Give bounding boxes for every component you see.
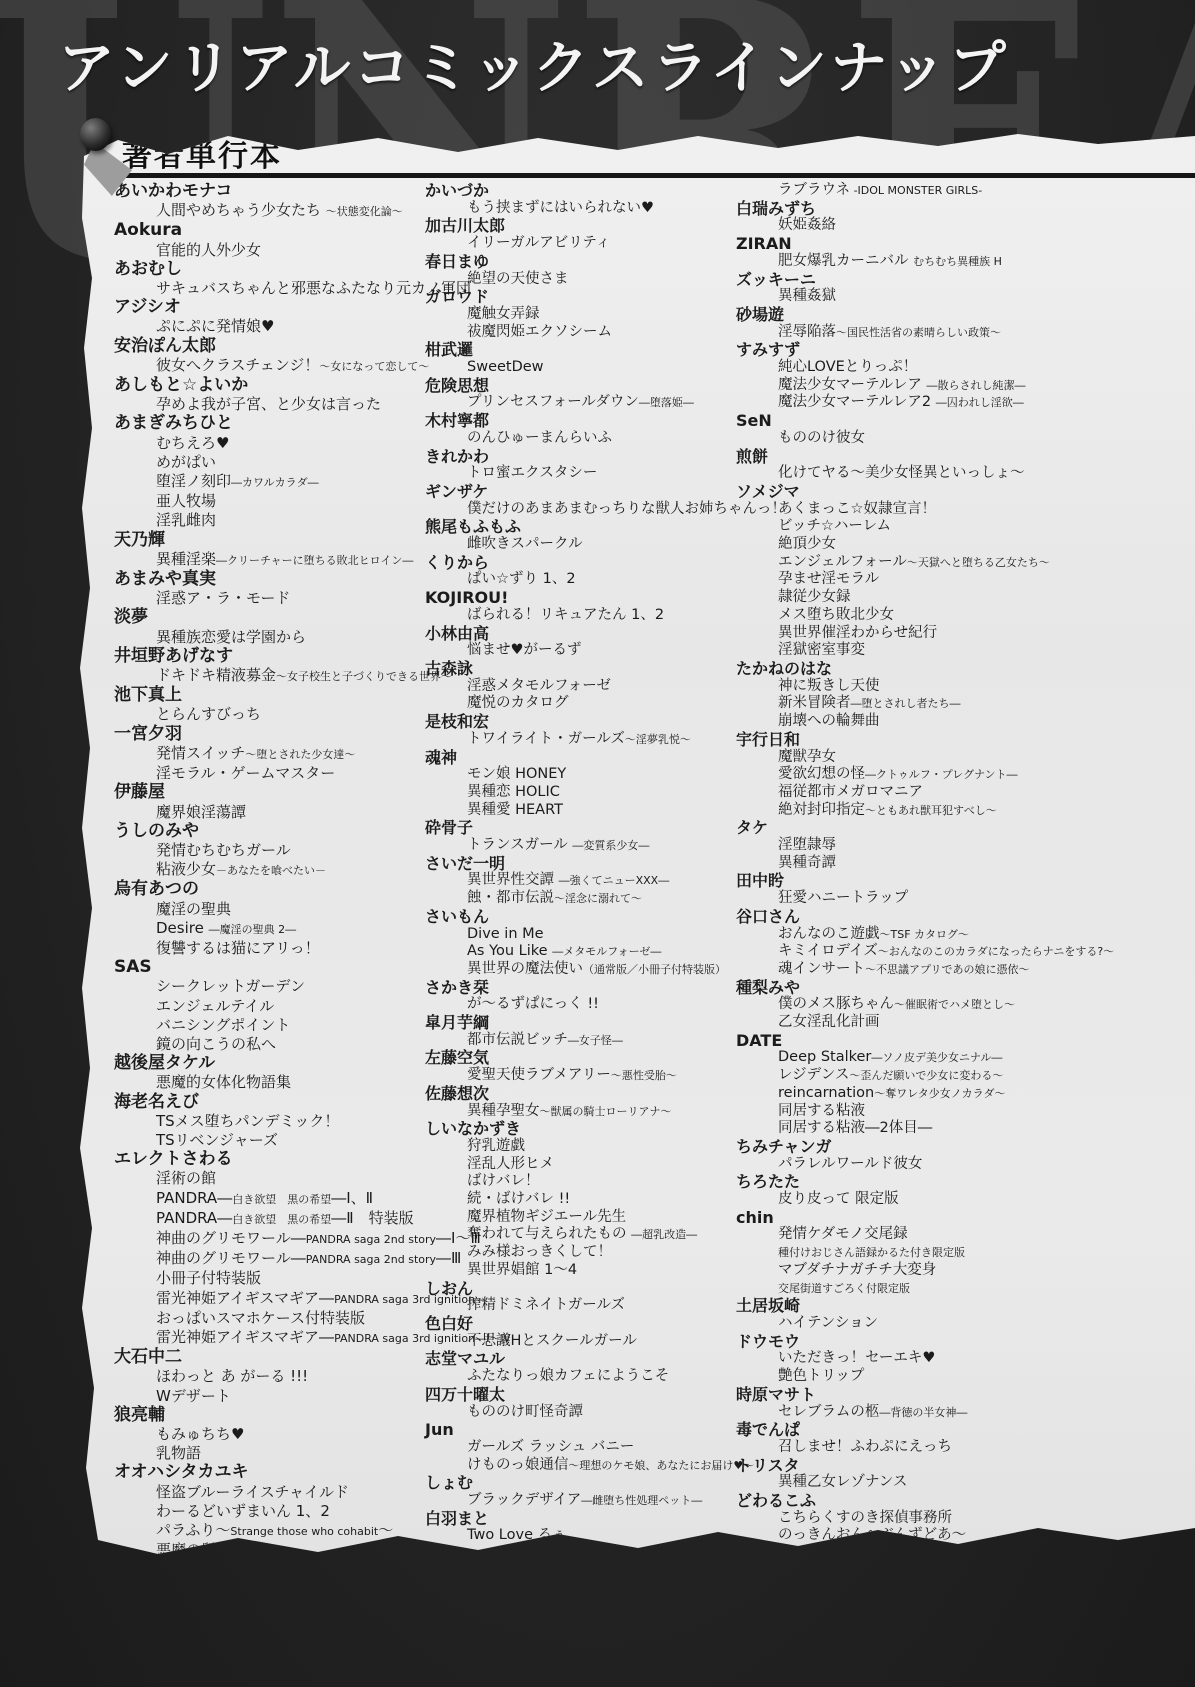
author-name: あいかわモナコ xyxy=(114,182,424,201)
book-title: 魔悦のカタログ xyxy=(425,695,731,713)
book-title: けものっ娘通信～理想のケモ娘、あなたにお届け♥～ xyxy=(425,1457,731,1475)
book-title: 純心LOVEとりっぷ！ xyxy=(736,359,1070,377)
author-entry: SeNもののけ彼女 xyxy=(736,412,1070,447)
book-title: 異世界性交譚 ―強くてニューXXX― xyxy=(425,872,731,890)
book-title: 人間やめちゃう少女たち ～状態変化論～ xyxy=(114,201,424,221)
author-entry: 皐月芋綱都市伝説ビッチ―女子怪― xyxy=(425,1014,731,1049)
book-title: 異種姦獄 xyxy=(736,288,1070,306)
book-title: ばられる！リキュアたん 1、2 xyxy=(425,607,731,625)
author-name: 加古川太郎 xyxy=(425,217,731,235)
author-entry: 砕骨子トランスガール ―変質系少女― xyxy=(425,819,731,854)
book-title: 都市伝説ビッチ―女子怪― xyxy=(425,1032,731,1050)
author-entry: 太平さんせっと乳感スクイーズ！ぷるるんぷりんぐ搾々みーとぱいハメこみ！ ―壁穴つ… xyxy=(114,1560,424,1657)
author-entry: あおむしサキュバスちゃんと邪悪なふたなり元カノ軍団 xyxy=(114,260,424,298)
book-title: ビッチ☆ハーレム xyxy=(736,518,1070,536)
author-name: 春日まゆ xyxy=(425,253,731,271)
author-name: オオハシタカユキ xyxy=(114,1463,424,1482)
book-title: reincarnation～奪ワレタ少女ノカラダ～ xyxy=(736,1085,1070,1103)
author-entry: 井垣野あげなすドキドキ精液募金～女子校生と子づくりできる世界～ xyxy=(114,647,424,686)
book-title: 蝕・都市伝説～淫念に溺れて～ xyxy=(425,890,731,908)
author-entry: さいだ一明異世界性交譚 ―強くてニューXXX―蝕・都市伝説～淫念に溺れて～ xyxy=(425,855,731,908)
author-name: 白羽まと xyxy=(425,1510,731,1528)
author-entry: 海老名えびTSメス堕ちパンデミック！TSリベンジャーズ xyxy=(114,1093,424,1151)
book-title: 堕淫ノ刻印―カワルカラダ― xyxy=(114,472,424,492)
author-name: 柑武邏 xyxy=(425,341,731,359)
author-name: あしもと☆よいか xyxy=(114,376,424,395)
author-list-column-2: かいづかもう挟まずにはいられない♥加古川太郎イリーガルアビリティ春日まゆ絶望の天… xyxy=(425,182,731,1545)
author-entry: 種梨みや僕のメス豚ちゃん～催眠術でハメ堕とし～乙女淫乱化計画 xyxy=(736,979,1070,1032)
book-title: 肥女爆乳カーニバル むちむち異種族 H xyxy=(736,253,1070,271)
author-entry: あしもと☆よいか孕めよ我が子宮、と少女は言った xyxy=(114,376,424,414)
book-title: おっぱいスマホケース付特装版 xyxy=(114,1309,424,1328)
author-entry: あいかわモナコ人間やめちゃう少女たち ～状態変化論～ xyxy=(114,182,424,221)
author-entry: 土居坂崎ハイテンション xyxy=(736,1297,1070,1332)
book-title: 艶色トリップ xyxy=(736,1368,1070,1386)
author-name: 熊尾もふもふ xyxy=(425,518,731,536)
book-title: 雌吹きスパークル xyxy=(425,536,731,554)
book-title: 彼女へクラスチェンジ！～女になって恋して～ xyxy=(114,356,424,376)
book-title: 妖姫姦絡 xyxy=(736,217,1070,235)
author-entry: 左藤空気愛聖天使ラブメアリー～悪性受胎～ xyxy=(425,1049,731,1084)
book-title: パラレルワールド彼女 xyxy=(736,1156,1070,1174)
book-title: 魔法少女マーテルレア2 ―囚われし淫欲― xyxy=(736,394,1070,412)
author-name: トリスタ xyxy=(736,1457,1070,1475)
book-title: わーるどいずまいん 1、2 xyxy=(114,1502,424,1521)
author-name: 井垣野あげなす xyxy=(114,647,424,666)
book-title: もう挟まずにはいられない♥ xyxy=(425,200,731,218)
author-entry: ラブラウネ -IDOL MONSTER GIRLS- xyxy=(736,182,1070,200)
book-title: 狂愛ハニートラップ xyxy=(736,890,1070,908)
book-title: 異世界の魔法使い（通常版／小冊子付特装版） xyxy=(425,961,731,979)
book-title: 崩壊への輪舞曲 xyxy=(736,713,1070,731)
author-entry: さいもんDive in MeAs You Like ―メタモルフォーゼ―異世界の… xyxy=(425,908,731,979)
author-entry: KOJIROU!ばられる！リキュアたん 1、2 xyxy=(425,589,731,624)
book-title: 淫辱陥落～国民性活省の素晴らしい政策～ xyxy=(736,324,1070,342)
author-name: エレクトさわる xyxy=(114,1150,424,1169)
author-entry: 危険思想プリンセスフォールダウン―堕落姫― xyxy=(425,377,731,412)
book-title: 鏡の向こうの私へ xyxy=(114,1035,424,1054)
author-entry: 淡夢異種族恋愛は学園から xyxy=(114,608,424,646)
book-title: 淫術の館 xyxy=(114,1169,424,1188)
author-name: 木村寧都 xyxy=(425,412,731,430)
author-entry: 大石中二ほわっと あ がーる !!!Wデザート xyxy=(114,1348,424,1406)
author-name: しおん xyxy=(425,1280,731,1298)
author-name: 越後屋タケル xyxy=(114,1054,424,1073)
author-name: 狼亮輔 xyxy=(114,1406,424,1425)
author-name: すみすず xyxy=(736,341,1070,359)
author-entry: しおん搾精ドミネイトガールズ xyxy=(425,1280,731,1315)
author-name: 烏有あつの xyxy=(114,880,424,899)
book-title: ぱい☆ずり 1、2 xyxy=(425,571,731,589)
book-title: 乙女淫乱化計画 xyxy=(736,1014,1070,1032)
author-entry: 魂神モン娘 HONEY異種恋 HOLIC異種愛 HEART xyxy=(425,749,731,820)
book-title: 僕のメス豚ちゃん～催眠術でハメ堕とし～ xyxy=(736,996,1070,1014)
book-title: 官能的人外少女 xyxy=(114,241,424,260)
author-entry: トリスタ異種乙女レゾナンス xyxy=(736,1457,1070,1492)
author-entry: アジシオぷにぷに発情娘♥ xyxy=(114,298,424,336)
book-title: 悪魔的女体化物語集 xyxy=(114,1073,424,1092)
book-title: Dive in Me xyxy=(425,926,731,944)
book-title: 同居する粘液 xyxy=(736,1103,1070,1121)
book-title: セレブラムの柩―背徳の半女神― xyxy=(736,1404,1070,1422)
book-title: 不思議Hとスクールガール xyxy=(425,1333,731,1351)
author-entry: 時原マサトセレブラムの柩―背徳の半女神― xyxy=(736,1386,1070,1421)
author-name: 天乃輝 xyxy=(114,531,424,550)
book-title: 愛聖天使ラブメアリー～悪性受胎～ xyxy=(425,1067,731,1085)
author-entry: あまみや真実淫惑ア・ラ・モード xyxy=(114,570,424,608)
book-title: 雷光神姫アイギスマギア―PANDRA saga 3rd ignition―Ⅰ～Ⅳ xyxy=(114,1328,424,1348)
book-title: バニシングポイント xyxy=(114,1016,424,1035)
author-name: ドウモウ xyxy=(736,1333,1070,1351)
author-name: SAS xyxy=(114,958,424,977)
author-name: 田中盻 xyxy=(736,872,1070,890)
book-title: ばけバレ！ xyxy=(425,1173,731,1191)
book-title: Wデザート xyxy=(114,1387,424,1406)
book-title: ハメこみ！ ―壁穴つき住居へようこそ― xyxy=(114,1637,424,1657)
author-entry: オオハシタカユキ怪盗ブルーライスチャイルドわーるどいずまいん 1、2パラふり～S… xyxy=(114,1463,424,1560)
book-title: メス堕ち敗北少女 xyxy=(736,607,1070,625)
author-name: Jun xyxy=(425,1421,731,1439)
author-name: アジシオ xyxy=(114,298,424,317)
book-title: エンジェルフォール～天獄へと堕ちる乙女たち～ xyxy=(736,554,1070,572)
author-entry: しいなかずき狩乳遊戯淫乱人形ヒメばけバレ！続・ばけバレ !!魔界植物ギジエール先… xyxy=(425,1120,731,1279)
author-name: 危険思想 xyxy=(425,377,731,395)
author-entry: ソメジマあくまっこ☆奴隷宣言！ビッチ☆ハーレム絶頂少女エンジェルフォール～天獄へ… xyxy=(736,483,1070,660)
author-name: 宇行日和 xyxy=(736,731,1070,749)
author-name: 砂場遊 xyxy=(736,306,1070,324)
author-name: さいもん xyxy=(425,908,731,926)
author-name: 安治ぽん太郎 xyxy=(114,337,424,356)
author-name: 一宮夕羽 xyxy=(114,725,424,744)
page-background: UNREAL COM アンリアルコミックスラインナップ 著者単行本 あいかわモナ… xyxy=(0,0,1195,1687)
author-entry: 越後屋タケル悪魔的女体化物語集 xyxy=(114,1054,424,1092)
book-title: サキュバスちゃんと邪悪なふたなり元カノ軍団 xyxy=(114,279,424,298)
book-title: 復讐するは猫にアリっ！ xyxy=(114,939,424,958)
author-entry: 煎餅化けてヤる～美少女怪異といっしょ～ xyxy=(736,448,1070,483)
book-title: こちらくすのき探偵事務所 xyxy=(736,1510,1070,1528)
book-title: 福従都市メガロマニア xyxy=(736,784,1070,802)
author-name: 古森詠 xyxy=(425,660,731,678)
author-name: 土居坂崎 xyxy=(736,1297,1070,1315)
author-entry: 志堂マユルふたなりっ娘カフェにようこそ xyxy=(425,1350,731,1385)
author-entry: 安治ぽん太郎彼女へクラスチェンジ！～女になって恋して～ xyxy=(114,337,424,376)
book-title: 孕めよ我が子宮、と少女は言った xyxy=(114,395,424,414)
book-title: ぷにぷに発情娘♥ xyxy=(114,317,424,336)
author-entry: Junガールズ ラッシュ バニーけものっ娘通信～理想のケモ娘、あなたにお届け♥～ xyxy=(425,1421,731,1474)
book-title: のっきんおんへぶんずどあ～ xyxy=(736,1527,1070,1545)
author-name: タケ xyxy=(736,819,1070,837)
book-title: 祓魔閃姫エクソシーム xyxy=(425,324,731,342)
author-name: しょむ xyxy=(425,1474,731,1492)
book-title: 異種愛 HEART xyxy=(425,802,731,820)
author-name: 皐月芋綱 xyxy=(425,1014,731,1032)
book-title: ラブラウネ -IDOL MONSTER GIRLS- xyxy=(736,182,1070,200)
author-entry: 色白好不思議Hとスクールガール xyxy=(425,1315,731,1350)
author-name: ZIRAN xyxy=(736,235,1070,253)
author-entry: ギンザケ僕だけのあまあまむっちりな獣人お姉ちゃんっ！ xyxy=(425,483,731,518)
book-title: 発情スイッチ～堕とされた少女達～ xyxy=(114,744,424,764)
author-entry: 古森詠淫惑メタモルフォーゼ魔悦のカタログ xyxy=(425,660,731,713)
book-title: パラふり～Strange those who cohabit～ xyxy=(114,1521,424,1541)
author-entry: ちろたた皮り皮って 限定版 xyxy=(736,1173,1070,1208)
author-entry: エレクトさわる淫術の館PANDRA―白き欲望 黒の希望―Ⅰ、ⅡPANDRA―白き… xyxy=(114,1150,424,1348)
book-title: が～るずぱにっく !! xyxy=(425,996,731,1014)
author-entry: 木村寧都のんひゅーまんらいふ xyxy=(425,412,731,447)
author-list-column-3: ラブラウネ -IDOL MONSTER GIRLS-白瑞みずち妖姫姦絡ZIRAN… xyxy=(736,182,1070,1545)
book-title: もののけ町怪奇譚 xyxy=(425,1404,731,1422)
author-name: たかねのはな xyxy=(736,660,1070,678)
book-title: 淫乳雌肉 xyxy=(114,511,424,530)
author-name: 志堂マユル xyxy=(425,1350,731,1368)
book-title: 魔淫の聖典 xyxy=(114,900,424,919)
author-name: ガロウド xyxy=(425,288,731,306)
author-entry: 狼亮輔もみゅちち♥乳物語 xyxy=(114,1406,424,1464)
book-title: ほわっと あ がーる !!! xyxy=(114,1367,424,1386)
author-entry: Aokura官能的人外少女 xyxy=(114,221,424,259)
author-entry: ちみチャンガパラレルワールド彼女 xyxy=(736,1138,1070,1173)
book-title: トロ蜜エクスタシー xyxy=(425,465,731,483)
book-title: 淫モラル・ゲームマスター xyxy=(114,764,424,783)
author-name: きれかわ xyxy=(425,448,731,466)
book-title: 神に叛きし天使 xyxy=(736,678,1070,696)
author-name: SeN xyxy=(736,412,1070,430)
author-name: さいだ一明 xyxy=(425,855,731,873)
author-name: くりから xyxy=(425,554,731,572)
book-title: ぷるるんぷりんぐ xyxy=(114,1599,424,1618)
book-title: 粘液少女－あなたを喰べたい－ xyxy=(114,860,424,880)
author-entry: ガロウド魔触女弄録祓魔閃姫エクソシーム xyxy=(425,288,731,341)
author-name: 種梨みや xyxy=(736,979,1070,997)
author-entry: さかき栞が～るずぱにっく !! xyxy=(425,979,731,1014)
book-title: 召しませ！ふわぷにえっち xyxy=(736,1439,1070,1457)
author-entry: 谷口さんおんなのこ遊戯～TSF カタログ～キミイロデイズ～おんなのこのカラダにな… xyxy=(736,908,1070,979)
book-title: PANDRA―白き欲望 黒の希望―Ⅱ 特装版 xyxy=(114,1209,424,1229)
book-title: モン娘 HONEY xyxy=(425,766,731,784)
book-title: 小冊子付特装版 xyxy=(114,1269,424,1288)
author-entry: ZIRAN肥女爆乳カーニバル むちむち異種族 H xyxy=(736,235,1070,270)
author-entry: 毒でんぱ召しませ！ふわぷにえっち xyxy=(736,1421,1070,1456)
author-name: chin xyxy=(736,1209,1070,1227)
book-title: 淫獄密室事変 xyxy=(736,642,1070,660)
book-title: あくまっこ☆奴隷宣言！ xyxy=(736,501,1070,519)
heading-underline xyxy=(104,173,1195,178)
author-entry: かいづかもう挟まずにはいられない♥ xyxy=(425,182,731,217)
author-entry: 伊藤屋魔界娘淫蕩譚 xyxy=(114,783,424,821)
author-name: 色白好 xyxy=(425,1315,731,1333)
book-title: As You Like ―メタモルフォーゼ― xyxy=(425,943,731,961)
author-entry: たかねのはな神に叛きし天使新米冒険者―堕とされし者たち―崩壊への輪舞曲 xyxy=(736,660,1070,731)
book-title: 異種恋 HOLIC xyxy=(425,784,731,802)
author-name: 白瑞みずち xyxy=(736,200,1070,218)
pushpin-icon xyxy=(80,118,111,151)
book-title: 淫堕隷辱 xyxy=(736,837,1070,855)
author-name: 大石中二 xyxy=(114,1348,424,1367)
author-entry: 佐藤想次異種孕聖女～獣属の騎士ローリアナ～ xyxy=(425,1085,731,1120)
author-name: 毒でんぱ xyxy=(736,1421,1070,1439)
author-entry: ズッキーニ異種姦獄 xyxy=(736,271,1070,306)
book-title: 乳物語 xyxy=(114,1444,424,1463)
book-title: プリンセスフォールダウン―堕落姫― xyxy=(425,394,731,412)
book-title: 乳感スクイーズ！ xyxy=(114,1580,424,1599)
author-name: 左藤空気 xyxy=(425,1049,731,1067)
book-title: 新米冒険者―堕とされし者たち― xyxy=(736,695,1070,713)
author-name: DATE xyxy=(736,1032,1070,1050)
author-entry: くりからぱい☆ずり 1、2 xyxy=(425,554,731,589)
book-title: おんなのこ遊戯～TSF カタログ～ xyxy=(736,926,1070,944)
author-name: ちろたた xyxy=(736,1173,1070,1191)
author-entry: DATEDeep Stalker―ソノ皮デ美少女ニナル―レジデンス～歪んだ願いで… xyxy=(736,1032,1070,1138)
author-name: 時原マサト xyxy=(736,1386,1070,1404)
book-title: Deep Stalker―ソノ皮デ美少女ニナル― xyxy=(736,1049,1070,1067)
book-title: もののけ彼女 xyxy=(736,430,1070,448)
author-entry: 白羽まとTwo Love るぅ xyxy=(425,1510,731,1545)
author-name: ズッキーニ xyxy=(736,271,1070,289)
author-entry: タケ淫堕隷辱異種奇譚 xyxy=(736,819,1070,872)
book-title: 狩乳遊戯 xyxy=(425,1138,731,1156)
author-name: 谷口さん xyxy=(736,908,1070,926)
author-entry: 熊尾もふもふ雌吹きスパークル xyxy=(425,518,731,553)
book-title: 愛欲幻想の怪―クトゥルフ・プレグナント― xyxy=(736,766,1070,784)
author-name: 是枝和宏 xyxy=(425,713,731,731)
book-title: のんひゅーまんらいふ xyxy=(425,430,731,448)
book-title: 神曲のグリモワール―PANDRA saga 2nd story―Ⅲ xyxy=(114,1249,424,1269)
author-name: ギンザケ xyxy=(425,483,731,501)
book-title: 奪われて与えられたもの ―超乳改造― xyxy=(425,1226,731,1244)
book-title: 搾々みーとぱい xyxy=(114,1618,424,1637)
author-name: しいなかずき xyxy=(425,1120,731,1138)
author-name: 魂神 xyxy=(425,749,731,767)
book-title: 孕ませ淫モラル xyxy=(736,571,1070,589)
author-entry: 加古川太郎イリーガルアビリティ xyxy=(425,217,731,252)
book-title: 皮り皮って 限定版 xyxy=(736,1191,1070,1209)
book-title: 異種乙女レゾナンス xyxy=(736,1474,1070,1492)
author-name: どわるこふ xyxy=(736,1492,1070,1510)
book-title: みみ様おっきくして！ xyxy=(425,1244,731,1262)
book-title: 異世界娼館 1～4 xyxy=(425,1262,731,1280)
author-name: 佐藤想次 xyxy=(425,1085,731,1103)
book-title: 異種奇譚 xyxy=(736,855,1070,873)
book-title: 絶頂少女 xyxy=(736,536,1070,554)
author-entry: 小林由高悩ませ♥がーるず xyxy=(425,625,731,660)
author-entry: どわるこふこちらくすのき探偵事務所のっきんおんへぶんずどあ～ xyxy=(736,1492,1070,1545)
author-name: かいづか xyxy=(425,182,731,200)
book-title: ブラックデザイア―雌堕ち性処理ペット― xyxy=(425,1492,731,1510)
book-title: 交尾街道すごろく付限定版 xyxy=(736,1280,1070,1298)
book-title: ハイテンション xyxy=(736,1315,1070,1333)
book-title: マブダチナガチチ大変身 xyxy=(736,1262,1070,1280)
book-title: 搾精ドミネイトガールズ xyxy=(425,1297,731,1315)
book-title: 異種族恋愛は学園から xyxy=(114,628,424,647)
author-entry: 柑武邏SweetDew xyxy=(425,341,731,376)
book-title: 魔界娘淫蕩譚 xyxy=(114,803,424,822)
book-title: 異種淫楽―クリーチャーに堕ちる敗北ヒロイン― xyxy=(114,550,424,570)
author-entry: 烏有あつの魔淫の聖典Desire ―魔淫の聖典 2―復讐するは猫にアリっ！ xyxy=(114,880,424,958)
author-entry: うしのみや発情むちむちガール粘液少女－あなたを喰べたい－ xyxy=(114,822,424,881)
author-name: 小林由高 xyxy=(425,625,731,643)
book-title: 化けてヤる～美少女怪異といっしょ～ xyxy=(736,465,1070,483)
book-title: 発情ケダモノ交尾録 xyxy=(736,1226,1070,1244)
author-entry: 天乃輝異種淫楽―クリーチャーに堕ちる敗北ヒロイン― xyxy=(114,531,424,570)
author-name: 四万十曜太 xyxy=(425,1386,731,1404)
author-name: 池下真上 xyxy=(114,686,424,705)
book-title: 同居する粘液―2体目― xyxy=(736,1120,1070,1138)
author-entry: 池下真上とらんすびっち xyxy=(114,686,424,724)
author-entry: きれかわトロ蜜エクスタシー xyxy=(425,448,731,483)
book-title: めがぱい xyxy=(114,453,424,472)
book-title: 亜人牧場 xyxy=(114,492,424,511)
book-title: レジデンス～歪んだ願いで少女に変わる～ xyxy=(736,1067,1070,1085)
author-entry: 宇行日和魔獣孕女愛欲幻想の怪―クトゥルフ・プレグナント―福従都市メガロマニア絶対… xyxy=(736,731,1070,820)
book-title: 絶対封印指定～ともあれ獣耳犯すべし～ xyxy=(736,802,1070,820)
book-title: 雷光神姫アイギスマギア―PANDRA saga 3rd ignition― xyxy=(114,1289,424,1309)
book-title: Desire ―魔淫の聖典 2― xyxy=(114,919,424,939)
author-name: 砕骨子 xyxy=(425,819,731,837)
book-title: 絶望の天使さま xyxy=(425,271,731,289)
book-title: トワイライト・ガールズ～淫夢乳悦～ xyxy=(425,731,731,749)
book-title: イリーガルアビリティ xyxy=(425,235,731,253)
book-title: 魔界植物ギジエール先生 xyxy=(425,1209,731,1227)
book-title: いただきっ！セーエキ♥ xyxy=(736,1350,1070,1368)
book-title: SweetDew xyxy=(425,359,731,377)
author-name: 海老名えび xyxy=(114,1093,424,1112)
author-entry: chin発情ケダモノ交尾録種付けおじさん語録かるた付き限定版マブダチナガチチ大変… xyxy=(736,1209,1070,1298)
author-name: あまみや真実 xyxy=(114,570,424,589)
book-title: 淫乱人形ヒメ xyxy=(425,1156,731,1174)
book-title: 種付けおじさん語録かるた付き限定版 xyxy=(736,1244,1070,1262)
author-entry: 是枝和宏トワイライト・ガールズ～淫夢乳悦～ xyxy=(425,713,731,748)
author-entry: 田中盻狂愛ハニートラップ xyxy=(736,872,1070,907)
book-title: 続・ばけバレ !! xyxy=(425,1191,731,1209)
book-title: PANDRA―白き欲望 黒の希望―Ⅰ、Ⅱ xyxy=(114,1189,424,1209)
author-name: あおむし xyxy=(114,260,424,279)
book-title: 淫惑ア・ラ・モード xyxy=(114,589,424,608)
author-name: 太平さんせっと xyxy=(114,1560,424,1579)
author-name: KOJIROU! xyxy=(425,589,731,607)
author-entry: 砂場遊淫辱陥落～国民性活省の素晴らしい政策～ xyxy=(736,306,1070,341)
book-title: 神曲のグリモワール―PANDRA saga 2nd story―Ⅰ～Ⅲ xyxy=(114,1229,424,1249)
book-title: もみゅちち♥ xyxy=(114,1425,424,1444)
author-name: ソメジマ xyxy=(736,483,1070,501)
author-entry: 白瑞みずち妖姫姦絡 xyxy=(736,200,1070,235)
paper-sheet: 著者単行本 あいかわモナコ人間やめちゃう少女たち ～状態変化論～Aokura官能… xyxy=(78,128,1195,1590)
book-title: 魂インサート～不思議アプリであの娘に憑依～ xyxy=(736,961,1070,979)
book-title: ドキドキ精液募金～女子校生と子づくりできる世界～ xyxy=(114,666,424,686)
author-entry: ドウモウいただきっ！セーエキ♥艶色トリップ xyxy=(736,1333,1070,1386)
book-title: 魔触女弄録 xyxy=(425,306,731,324)
author-name: うしのみや xyxy=(114,822,424,841)
author-entry: あまぎみちひとむちえろ♥めがぱい堕淫ノ刻印―カワルカラダ―亜人牧場淫乳雌肉 xyxy=(114,414,424,530)
author-name: ちみチャンガ xyxy=(736,1138,1070,1156)
author-name: 煎餅 xyxy=(736,448,1070,466)
book-title: Two Love るぅ xyxy=(425,1527,731,1545)
author-name: 淡夢 xyxy=(114,608,424,627)
book-title: TSリベンジャーズ xyxy=(114,1131,424,1150)
book-title: 怪盗ブルーライスチャイルド xyxy=(114,1483,424,1502)
book-title: 発情むちむちガール xyxy=(114,841,424,860)
author-entry: 一宮夕羽発情スイッチ～堕とされた少女達～淫モラル・ゲームマスター xyxy=(114,725,424,784)
author-entry: 四万十曜太もののけ町怪奇譚 xyxy=(425,1386,731,1421)
book-title: シークレットガーデン xyxy=(114,977,424,996)
book-title: 魔法少女マーテルレア ―散らされし純潔― xyxy=(736,377,1070,395)
author-entry: SASシークレットガーデンエンジェルテイルバニシングポイント鏡の向こうの私へ xyxy=(114,958,424,1054)
book-title: 魔獣孕女 xyxy=(736,749,1070,767)
book-title: エンジェルテイル xyxy=(114,997,424,1016)
author-name: 伊藤屋 xyxy=(114,783,424,802)
author-entry: 春日まゆ絶望の天使さま xyxy=(425,253,731,288)
author-name: あまぎみちひと xyxy=(114,414,424,433)
book-title: 僕だけのあまあまむっちりな獣人お姉ちゃんっ！ xyxy=(425,501,731,519)
author-list-column-1: あいかわモナコ人間やめちゃう少女たち ～状態変化論～Aokura官能的人外少女あ… xyxy=(114,182,424,1657)
